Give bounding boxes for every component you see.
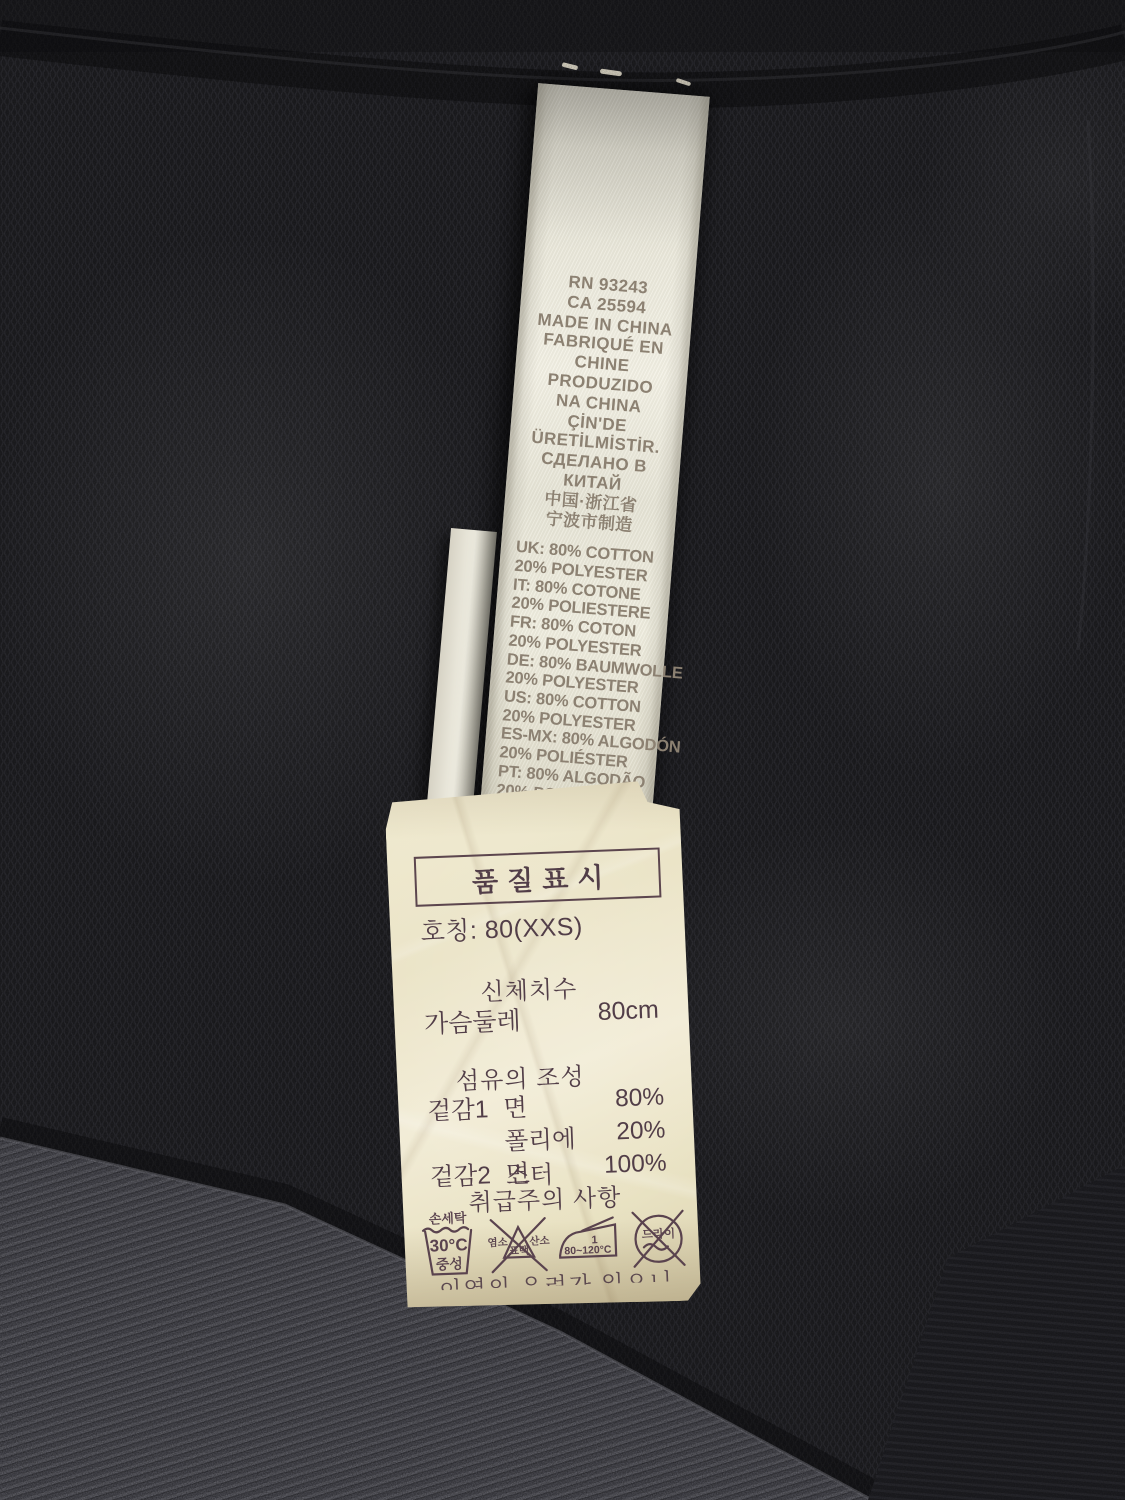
svg-text:드라이: 드라이	[641, 1226, 675, 1241]
garment-label-photo: RN 93243 CA 25594 MADE IN CHINA FABRIQUÉ…	[0, 0, 1125, 1500]
svg-text:표백: 표백	[508, 1244, 530, 1258]
fiber-material: 면	[503, 1087, 579, 1125]
size-value: 80(XXS)	[484, 912, 583, 944]
chest-value: 80cm	[597, 996, 659, 1034]
ribbon-composition-block: UK: 80% COTTON 20% POLYESTER IT: 80% COT…	[481, 525, 674, 812]
svg-text:산소: 산소	[529, 1234, 551, 1248]
svg-text:염소: 염소	[487, 1236, 509, 1250]
chest-measurement-row: 가슴둘레 80cm	[423, 996, 659, 1041]
paper-care-tag: 품질표시 호칭: 80(XXS) 신체치수 가슴둘레 80cm 섬유의 조성 겉…	[384, 776, 706, 1311]
svg-text:중성: 중성	[436, 1255, 464, 1272]
quality-indication-title-box: 품질표시	[414, 847, 662, 906]
svg-text:손세탁: 손세탁	[429, 1210, 468, 1226]
svg-text:30°C: 30°C	[429, 1235, 468, 1255]
chest-label: 가슴둘레	[423, 1001, 521, 1041]
size-line: 호칭: 80(XXS)	[420, 906, 583, 948]
no-dry-clean-icon: 드라이	[625, 1201, 692, 1273]
ribbon-blank-area	[523, 83, 709, 282]
size-label: 호칭:	[420, 917, 478, 947]
quality-indication-title: 품질표시	[462, 855, 613, 900]
svg-text:80~120°C: 80~120°C	[564, 1244, 612, 1258]
fiber-part: 겉감1	[427, 1090, 504, 1128]
